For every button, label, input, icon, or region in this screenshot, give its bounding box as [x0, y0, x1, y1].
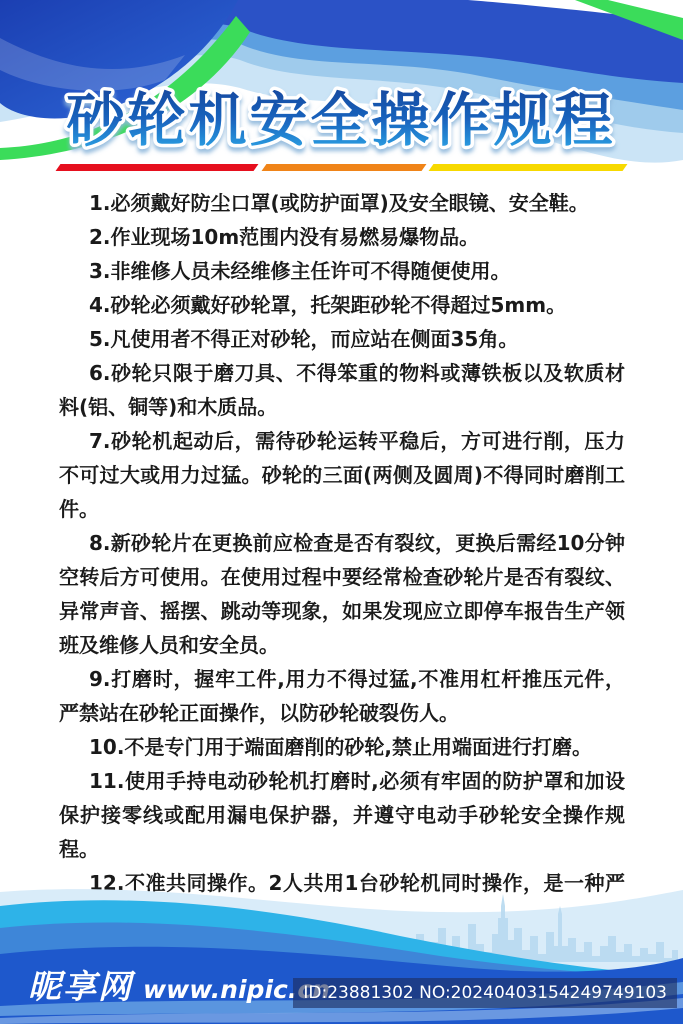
rule-item-10: 10.不是专门用于端面磨削的砂轮,禁止用端面进行打磨。 [59, 730, 625, 764]
nipic-logo: 昵享网 [28, 967, 133, 1006]
rule-item-3: 3.非维修人员未经维修主任许可不得随便使用。 [59, 254, 625, 288]
rule-item-8: 8.新砂轮片在更换前应检查是否有裂纹，更换后需经10分钟空转后方可使用。在使用过… [59, 526, 625, 662]
poster-title-banner: 砂轮机安全操作规程 [0, 58, 683, 178]
divider-yellow-segment [429, 164, 628, 171]
rule-item-9: 9.打磨时，握牢工件,用力不得过猛,不准用杠杆推压元件，严禁站在砂轮正面操作，以… [59, 662, 625, 730]
rule-item-6: 6.砂轮只限于磨刀具、不得笨重的物料或薄铁板以及软质材料(铝、铜等)和木质品。 [59, 356, 625, 424]
divider-red-segment [56, 164, 259, 171]
rule-item-11: 11.使用手持电动砂轮机打磨时,必须有牢固的防护罩和加设保护接零线或配用漏电保护… [59, 764, 625, 866]
site-watermark: 昵享网www.nipic.cn [28, 961, 330, 1008]
image-id-stamp: ID:23881302 NO:20240403154249749103 [293, 978, 677, 1008]
rule-item-2: 2.作业现场10m范围内没有易燃易爆物品。 [59, 220, 625, 254]
rules-list: 1.必须戴好防尘口罩(或防护面罩)及安全眼镜、安全鞋。 2.作业现场10m范围内… [59, 186, 625, 1002]
rule-item-5: 5.凡使用者不得正对砂轮，而应站在侧面35角。 [59, 322, 625, 356]
divider-orange-segment [262, 164, 427, 171]
page-title: 砂轮机安全操作规程 [66, 86, 615, 154]
rule-item-4: 4.砂轮必须戴好砂轮罩，托架距砂轮不得超过5mm。 [59, 288, 625, 322]
rule-item-7: 7.砂轮机起动后，需待砂轮运转平稳后，方可进行削，压力不可过大或用力过猛。砂轮的… [59, 424, 625, 526]
rule-item-1: 1.必须戴好防尘口罩(或防护面罩)及安全眼镜、安全鞋。 [59, 186, 625, 220]
